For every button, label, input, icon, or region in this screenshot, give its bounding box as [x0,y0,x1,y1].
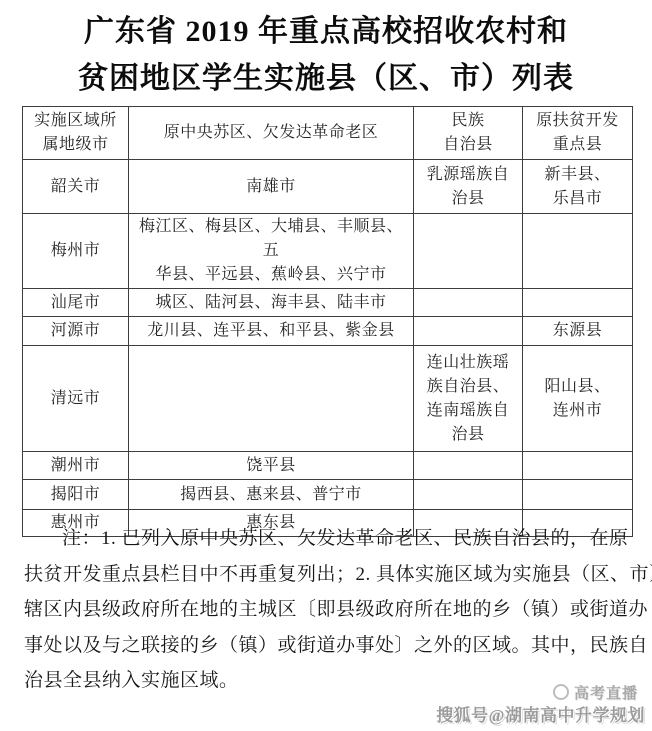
cell-soviet-area: 揭西县、惠来县、普宁市 [129,480,414,510]
page-title: 广东省 2019 年重点高校招收农村和 贫困地区学生实施县（区、市）列表 [0,8,652,102]
cell-soviet-area: 梅江区、梅县区、大埔县、丰顺县、五 华县、平远县、蕉岭县、兴宁市 [129,214,414,289]
cell-city: 河源市 [23,317,129,346]
cell-poverty-county: 新丰县、 乐昌市 [523,160,633,214]
footnote-line: 辖区内县级政府所在地的主城区〔即县级政府所在地的乡（镇）或街道办 [24,592,648,628]
header-soviet-area: 原中央苏区、欠发达革命老区 [129,107,414,160]
watermark-account: 搜狐号@湖南高中升学规划 [436,701,645,726]
header-city: 实施区域所 属地级市 [23,107,129,160]
cell-poverty-county: 阳山县、 连州市 [523,346,633,452]
document-page: 广东省 2019 年重点高校招收农村和 贫困地区学生实施县（区、市）列表 实施区… [0,0,652,731]
cell-ethnic-county [414,317,523,346]
cell-ethnic-county: 乳源瑶族自 治县 [414,160,523,214]
header-poverty-county: 原扶贫开发 重点县 [523,107,633,160]
table-row: 河源市 龙川县、连平县、和平县、紫金县 东源县 [23,317,633,346]
cell-ethnic-county [414,214,523,289]
cell-poverty-county [523,452,633,480]
footnote-line: 事处以及与之联接的乡（镇）或街道办事处〕之外的区域。其中，民族自 [24,628,648,664]
cell-ethnic-county [414,452,523,480]
table-row: 潮州市 饶平县 [23,452,633,480]
cell-poverty-county [523,289,633,317]
cell-city: 韶关市 [23,160,129,214]
header-ethnic-county: 民族 自治县 [414,107,523,160]
table-row: 韶关市 南雄市 乳源瑶族自 治县 新丰县、 乐昌市 [23,160,633,214]
cell-soviet-area: 城区、陆河县、海丰县、陆丰市 [129,289,414,317]
cell-soviet-area [129,346,414,452]
cell-poverty-county [523,480,633,510]
table-row: 梅州市 梅江区、梅县区、大埔县、丰顺县、五 华县、平远县、蕉岭县、兴宁市 [23,214,633,289]
table-row: 揭阳市 揭西县、惠来县、普宁市 [23,480,633,510]
title-line-2: 贫困地区学生实施县（区、市）列表 [0,55,652,102]
cell-city: 汕尾市 [23,289,129,317]
cell-ethnic-county [414,289,523,317]
watermark-brand: 高考直播 [553,682,638,703]
title-line-1: 广东省 2019 年重点高校招收农村和 [0,8,652,55]
cell-ethnic-county: 连山壮族瑶 族自治县、 连南瑶族自 治县 [414,346,523,452]
cell-soviet-area: 南雄市 [129,160,414,214]
table-header-row: 实施区域所 属地级市 原中央苏区、欠发达革命老区 民族 自治县 原扶贫开发 重点… [23,107,633,160]
watermark-brand-label: 高考直播 [574,682,638,703]
cell-city: 揭阳市 [23,480,129,510]
cell-city: 清远市 [23,346,129,452]
cell-poverty-county [523,214,633,289]
table-row: 清远市 连山壮族瑶 族自治县、 连南瑶族自 治县 阳山县、 连州市 [23,346,633,452]
footnote-line: 扶贫开发重点县栏目中不再重复列出；2. 具体实施区域为实施县（区、市） [24,557,648,593]
cell-city: 梅州市 [23,214,129,289]
cell-soviet-area: 龙川县、连平县、和平县、紫金县 [129,317,414,346]
cell-poverty-county: 东源县 [523,317,633,346]
gaokao-live-logo-icon [553,684,569,700]
cell-soviet-area: 饶平县 [129,452,414,480]
implementation-counties-table: 实施区域所 属地级市 原中央苏区、欠发达革命老区 民族 自治县 原扶贫开发 重点… [22,106,633,537]
table-row: 汕尾市 城区、陆河县、海丰县、陆丰市 [23,289,633,317]
cell-city: 潮州市 [23,452,129,480]
footnote-line: 注：1. 已列入原中央苏区、欠发达革命老区、民族自治县的，在原 [24,521,648,557]
cell-ethnic-county [414,480,523,510]
footnotes: 注：1. 已列入原中央苏区、欠发达革命老区、民族自治县的，在原 扶贫开发重点县栏… [24,521,648,699]
